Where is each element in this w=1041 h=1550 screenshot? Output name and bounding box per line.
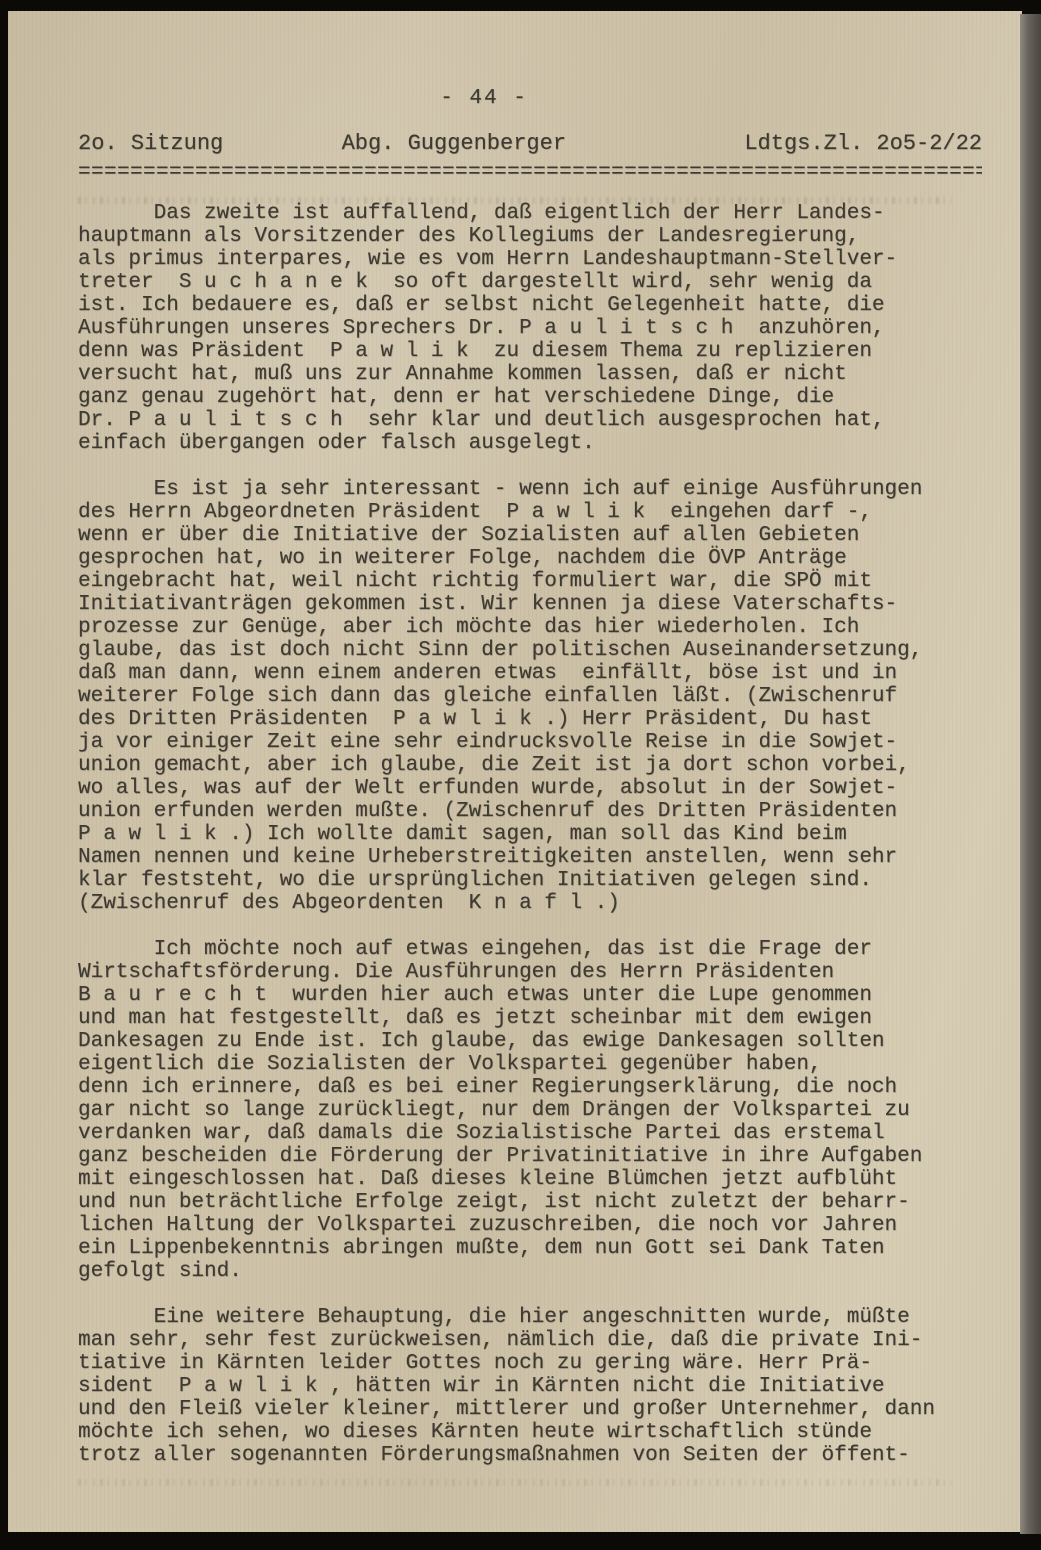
page-edge-shadow <box>1020 14 1041 1534</box>
speaker-name: Abg. Guggenberger <box>342 132 566 155</box>
page-header: 2o. Sitzung Abg. Guggenberger Ldtgs.Zl. … <box>78 132 982 155</box>
document-page: - 44 - 2o. Sitzung Abg. Guggenberger Ldt… <box>8 11 1022 1532</box>
speech-text: Das zweite ist auffallend, daß eigentlic… <box>78 202 982 1467</box>
bleed-through-marks-bottom <box>78 1479 952 1486</box>
page-number: - 44 - <box>32 87 936 110</box>
document-reference: Ldtgs.Zl. 2o5-2/22 <box>744 132 982 155</box>
divider-line: ========================================… <box>78 161 982 184</box>
paragraph-2: Es ist ja sehr interessant - wenn ich au… <box>78 478 982 915</box>
session-label: 2o. Sitzung <box>78 132 223 155</box>
paragraph-4: Eine weitere Behauptung, die hier angesc… <box>78 1306 982 1467</box>
bleed-through-marks-top <box>78 197 952 204</box>
paragraph-1: Das zweite ist auffallend, daß eigentlic… <box>78 202 982 455</box>
paragraph-3: Ich möchte noch auf etwas eingehen, das … <box>78 938 982 1283</box>
